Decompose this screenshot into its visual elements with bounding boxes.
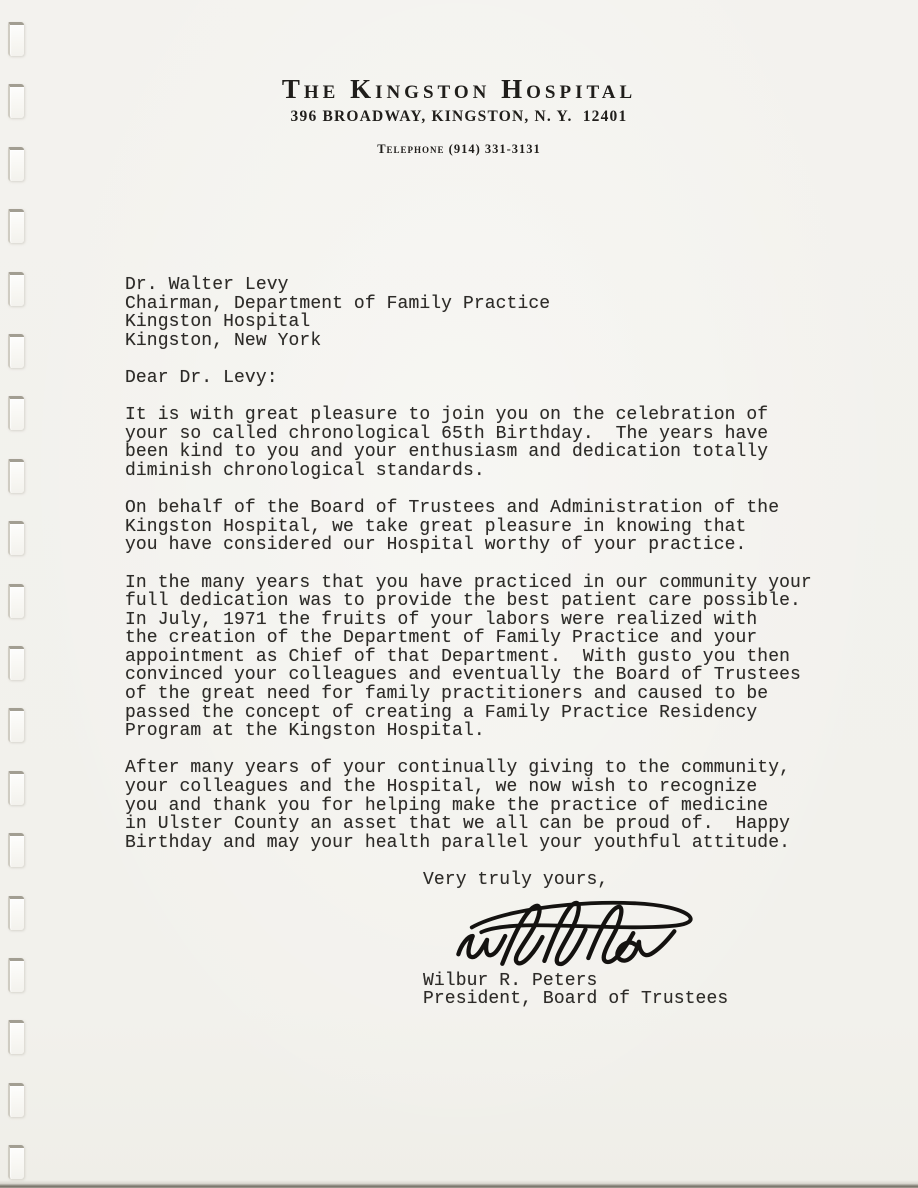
paragraph-3: In the many years that you have practice… <box>125 574 835 741</box>
binding-hole <box>8 771 24 805</box>
recipient-address: Dr. Walter Levy Chairman, Department of … <box>125 276 835 350</box>
binding-hole <box>8 1083 24 1117</box>
binding-hole <box>8 209 24 243</box>
binding-hole <box>8 22 24 56</box>
letter-page: The Kingston Hospital 396 BROADWAY, KING… <box>0 0 918 1188</box>
closing-block: Very truly yours, Wilbur R. Peters Presi… <box>423 871 835 1009</box>
binding-hole <box>8 272 24 306</box>
salutation: Dear Dr. Levy: <box>125 369 835 388</box>
binding-hole <box>8 833 24 867</box>
paragraph-2: On behalf of the Board of Trustees and A… <box>125 499 835 555</box>
binding-hole <box>8 396 24 430</box>
binding-hole <box>8 646 24 680</box>
binding-hole <box>8 958 24 992</box>
page-edge-shadow <box>0 1180 918 1188</box>
binding-hole <box>8 334 24 368</box>
binding-hole <box>8 1020 24 1054</box>
binding-hole <box>8 896 24 930</box>
hospital-address: 396 BROADWAY, KINGSTON, N. Y. 12401 <box>0 108 918 126</box>
paragraph-1: It is with great pleasure to join you on… <box>125 406 835 480</box>
hospital-telephone: Telephone (914) 331-3131 <box>0 142 918 157</box>
closing-phrase: Very truly yours, <box>423 871 835 890</box>
signer-name: Wilbur R. Peters <box>423 972 835 991</box>
binding-hole <box>8 459 24 493</box>
hospital-name: The Kingston Hospital <box>0 76 918 102</box>
signer-title: President, Board of Trustees <box>423 990 835 1009</box>
binding-hole <box>8 584 24 618</box>
binding-hole <box>8 1145 24 1179</box>
paragraph-4: After many years of your continually giv… <box>125 759 835 852</box>
binding-hole <box>8 521 24 555</box>
binding-hole <box>8 708 24 742</box>
letter-body: Dr. Walter Levy Chairman, Department of … <box>125 276 835 1009</box>
signature-handwriting <box>445 894 703 980</box>
letterhead: The Kingston Hospital 396 BROADWAY, KING… <box>0 76 918 157</box>
